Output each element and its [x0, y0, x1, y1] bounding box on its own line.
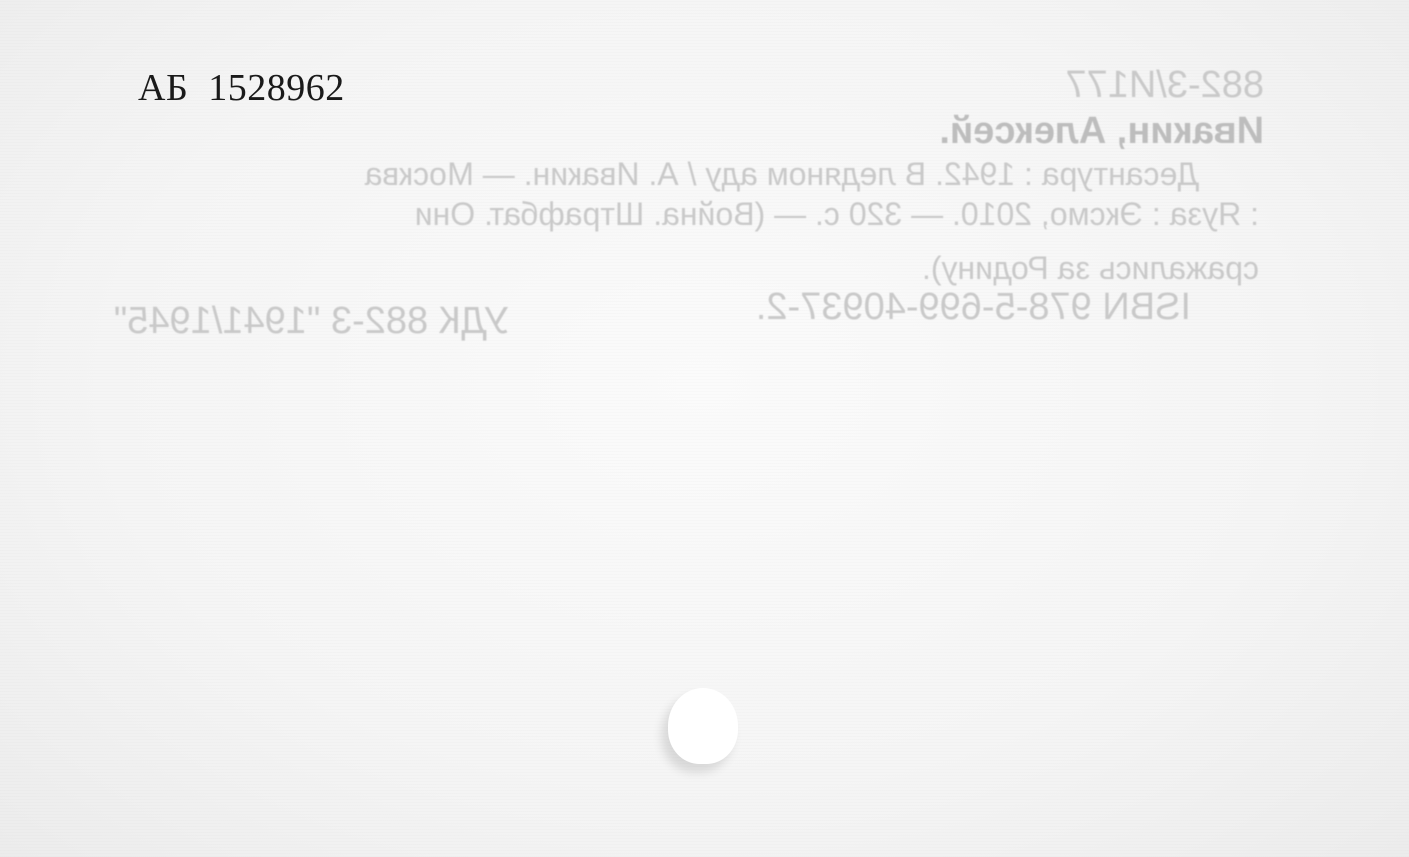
udk: УДК 882-3 "1941/1945": [114, 300, 509, 343]
title-line-2: : Яуза : Эксмо, 2010. — 320 с. — (Война.…: [415, 196, 1259, 233]
punch-hole: [668, 688, 738, 764]
inventory-number: АБ 1528962: [138, 66, 345, 110]
author: Ивакин, Алексей.: [939, 110, 1264, 153]
title-line-3: сражались за Родину).: [922, 250, 1259, 287]
title-line-1: Десантура : 1942. В ледяном аду / А. Ива…: [365, 156, 1199, 193]
isbn: ISBN 978-5-699-40937-2.: [756, 286, 1191, 329]
catalog-card: 882-3/И177 Ивакин, Алексей. Десантура : …: [0, 0, 1409, 857]
call-number: 882-3/И177: [1066, 64, 1264, 107]
